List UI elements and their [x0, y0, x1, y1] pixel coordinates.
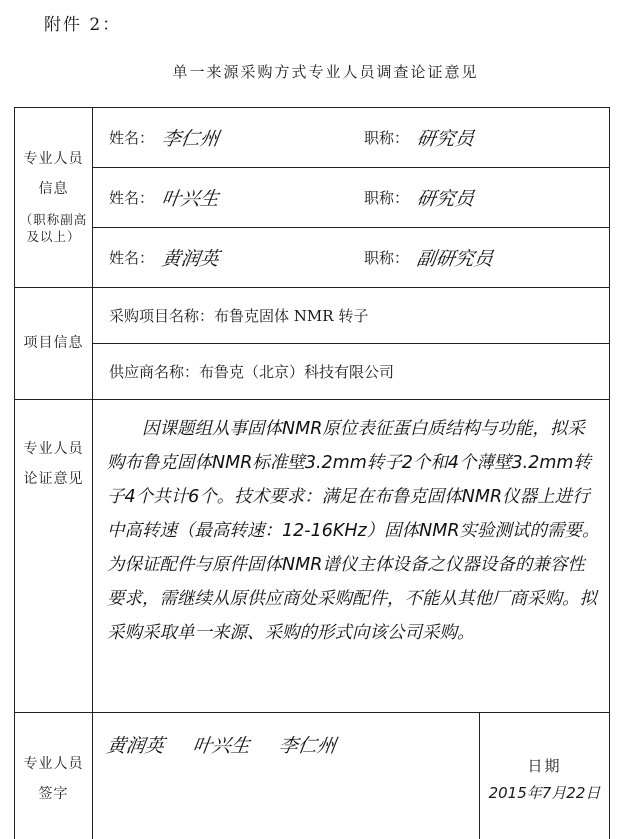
experts-label-note1: （职称副高 [15, 212, 92, 228]
project-name-value: 布鲁克固体 NMR 转子 [214, 307, 368, 325]
document-title: 单一来源采购方式专业人员调查论证意见 [0, 61, 623, 82]
title-label: 职称： [364, 127, 409, 148]
signature-2: 叶兴生 [191, 731, 252, 758]
signature-label-line1: 专业人员 [15, 755, 92, 773]
project-name-cell: 采购项目名称：布鲁克固体 NMR 转子 [93, 288, 610, 344]
expert-row-2: 姓名： 叶兴生 职称： 研究员 [15, 168, 610, 228]
supplier-cell: 供应商名称：布鲁克（北京）科技有限公司 [93, 344, 610, 400]
opinion-label-line2: 论证意见 [15, 470, 92, 488]
opinion-label-cell: 专业人员 论证意见 [15, 400, 93, 713]
signatures-cell: 黄润英 叶兴生 李仁州 [93, 713, 480, 839]
opinion-text-cell: 因课题组从事固体NMR原位表征蛋白质结构与功能，拟采购布鲁克固体NMR标准壁3.… [93, 400, 610, 713]
expert-opinion-form: 专业人员 信息 （职称副高 及以上） 姓名： 李仁州 职称： 研究员 姓名： [14, 107, 610, 839]
project-name-label: 采购项目名称： [109, 307, 214, 325]
signature-1: 黄润英 [105, 731, 166, 758]
title-label: 职称： [364, 247, 409, 268]
expert-3-title: 副研究员 [415, 244, 495, 271]
expert-row-3: 姓名： 黄润英 职称： 副研究员 [15, 228, 610, 288]
attachment-label: 附件 2： [44, 10, 121, 35]
opinion-label-line1: 专业人员 [15, 440, 92, 458]
signature-label-cell: 专业人员 签字 [15, 713, 93, 839]
date-cell: 日期 2015年7月22日 [480, 713, 610, 839]
experts-label-cell: 专业人员 信息 （职称副高 及以上） [15, 108, 93, 288]
supplier-row: 供应商名称：布鲁克（北京）科技有限公司 [15, 344, 610, 400]
experts-label-line2: 信息 [15, 180, 92, 198]
expert-3-cell: 姓名： 黄润英 职称： 副研究员 [93, 228, 610, 288]
name-label: 姓名： [109, 187, 154, 208]
project-name-row: 项目信息 采购项目名称：布鲁克固体 NMR 转子 [15, 288, 610, 344]
expert-1-name: 李仁州 [160, 124, 221, 151]
expert-2-cell: 姓名： 叶兴生 职称： 研究员 [93, 168, 610, 228]
opinion-text: 因课题组从事固体NMR原位表征蛋白质结构与功能，拟采购布鲁克固体NMR标准壁3.… [107, 412, 601, 650]
date-label: 日期 [480, 755, 609, 776]
title-label: 职称： [364, 187, 409, 208]
expert-2-title: 研究员 [415, 184, 476, 211]
expert-row-1: 专业人员 信息 （职称副高 及以上） 姓名： 李仁州 职称： 研究员 [15, 108, 610, 168]
expert-1-title: 研究员 [415, 124, 476, 151]
expert-3-name: 黄润英 [160, 244, 221, 271]
experts-label-note2: 及以上） [15, 229, 92, 245]
experts-label-line1: 专业人员 [15, 150, 92, 168]
expert-2-name: 叶兴生 [160, 184, 221, 211]
signature-3: 李仁州 [277, 731, 338, 758]
name-label: 姓名： [109, 247, 154, 268]
name-label: 姓名： [109, 127, 154, 148]
supplier-value: 布鲁克（北京）科技有限公司 [199, 363, 394, 381]
project-label-cell: 项目信息 [15, 288, 93, 400]
signature-label-line2: 签字 [15, 785, 92, 803]
opinion-row: 专业人员 论证意见 因课题组从事固体NMR原位表征蛋白质结构与功能，拟采购布鲁克… [15, 400, 610, 713]
supplier-label: 供应商名称： [109, 363, 199, 381]
project-label: 项目信息 [15, 334, 92, 352]
expert-1-cell: 姓名： 李仁州 职称： 研究员 [93, 108, 610, 168]
signature-row: 专业人员 签字 黄润英 叶兴生 李仁州 日期 2015年7月22日 [15, 713, 610, 839]
date-value: 2015年7月22日 [489, 784, 601, 802]
